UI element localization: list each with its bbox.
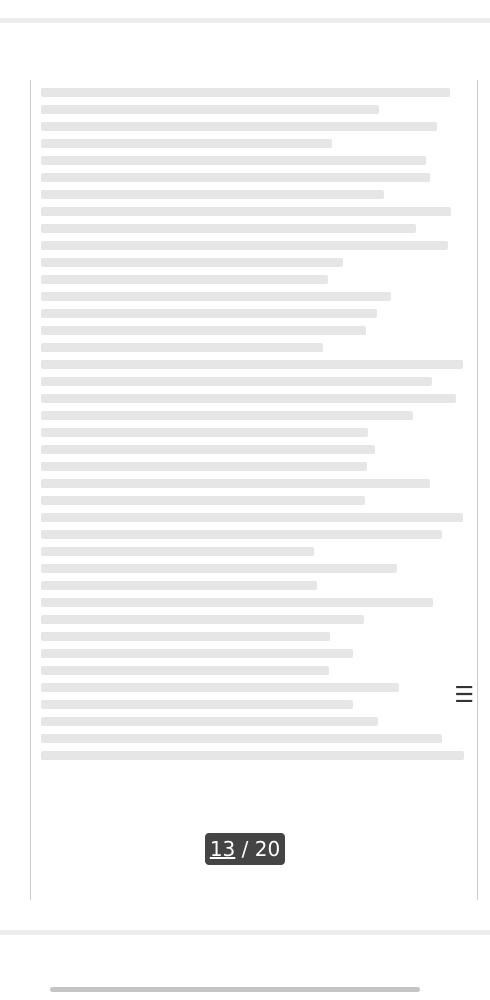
text-line-placeholder [41,207,451,216]
text-line-placeholder [41,360,463,369]
text-line-placeholder [41,173,430,182]
text-line-placeholder [41,156,426,165]
text-line-placeholder [41,88,450,97]
horizontal-scrollbar[interactable] [50,987,420,992]
text-line-placeholder [41,411,413,420]
text-line-placeholder [41,445,375,454]
text-line-placeholder [41,734,442,743]
text-line-placeholder [41,241,448,250]
text-line-placeholder [41,275,328,284]
top-bar [0,0,490,23]
text-line-placeholder [41,428,368,437]
document-page [30,80,478,900]
text-line-placeholder [41,139,332,148]
text-line-placeholder [41,479,430,488]
text-line-placeholder [41,224,416,233]
text-line-placeholder [41,717,378,726]
text-line-placeholder [41,581,317,590]
page-divider [0,930,490,935]
text-line-placeholder [41,122,437,131]
text-line-placeholder [41,496,365,505]
text-line-placeholder [41,666,329,675]
text-line-placeholder [41,530,442,539]
text-line-placeholder [41,326,366,335]
text-line-placeholder [41,547,314,556]
text-line-placeholder [41,377,432,386]
page-indicator[interactable]: 13 / 20 [205,833,285,865]
text-line-placeholder [41,258,343,267]
text-line-placeholder [41,700,353,709]
text-line-placeholder [41,190,384,199]
text-line-placeholder [41,649,353,658]
text-line-placeholder [41,683,399,692]
text-line-placeholder [41,292,391,301]
text-line-placeholder [41,632,330,641]
text-line-placeholder [41,105,379,114]
text-line-placeholder [41,513,463,522]
text-line-placeholder [41,394,456,403]
text-line-placeholder [41,615,364,624]
text-line-placeholder [41,462,367,471]
text-line-placeholder [41,564,397,573]
text-line-placeholder [41,309,377,318]
text-line-placeholder [41,598,433,607]
text-line-placeholder [41,343,323,352]
menu-icon[interactable]: ☰ [454,683,474,708]
text-line-placeholder [41,751,464,760]
